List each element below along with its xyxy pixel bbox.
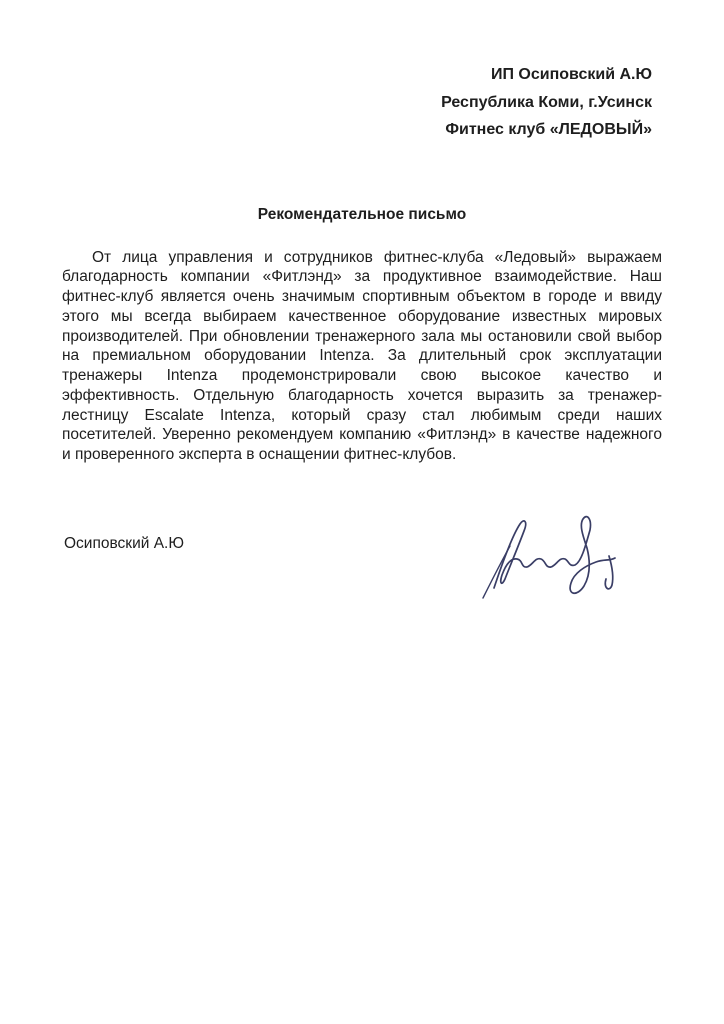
letter-body-paragraph: От лица управления и сотрудников фитнес-…: [62, 248, 662, 465]
letter-page: ИП Осиповский А.Ю Республика Коми, г.Уси…: [0, 0, 724, 1024]
letter-title: Рекомендательное письмо: [62, 205, 662, 224]
letterhead: ИП Осиповский А.Ю Республика Коми, г.Уси…: [441, 61, 652, 144]
signature-stroke-main: [494, 517, 615, 594]
letterhead-line-company-owner: ИП Осиповский А.Ю: [441, 61, 652, 89]
signature-stroke-final-hook: [605, 556, 613, 589]
letterhead-line-location: Республика Коми, г.Усинск: [441, 89, 652, 117]
signer-name: Осиповский А.Ю: [64, 534, 184, 553]
handwritten-signature: [478, 506, 643, 611]
letterhead-line-club-name: Фитнес клуб «ЛЕДОВЫЙ»: [441, 116, 652, 144]
